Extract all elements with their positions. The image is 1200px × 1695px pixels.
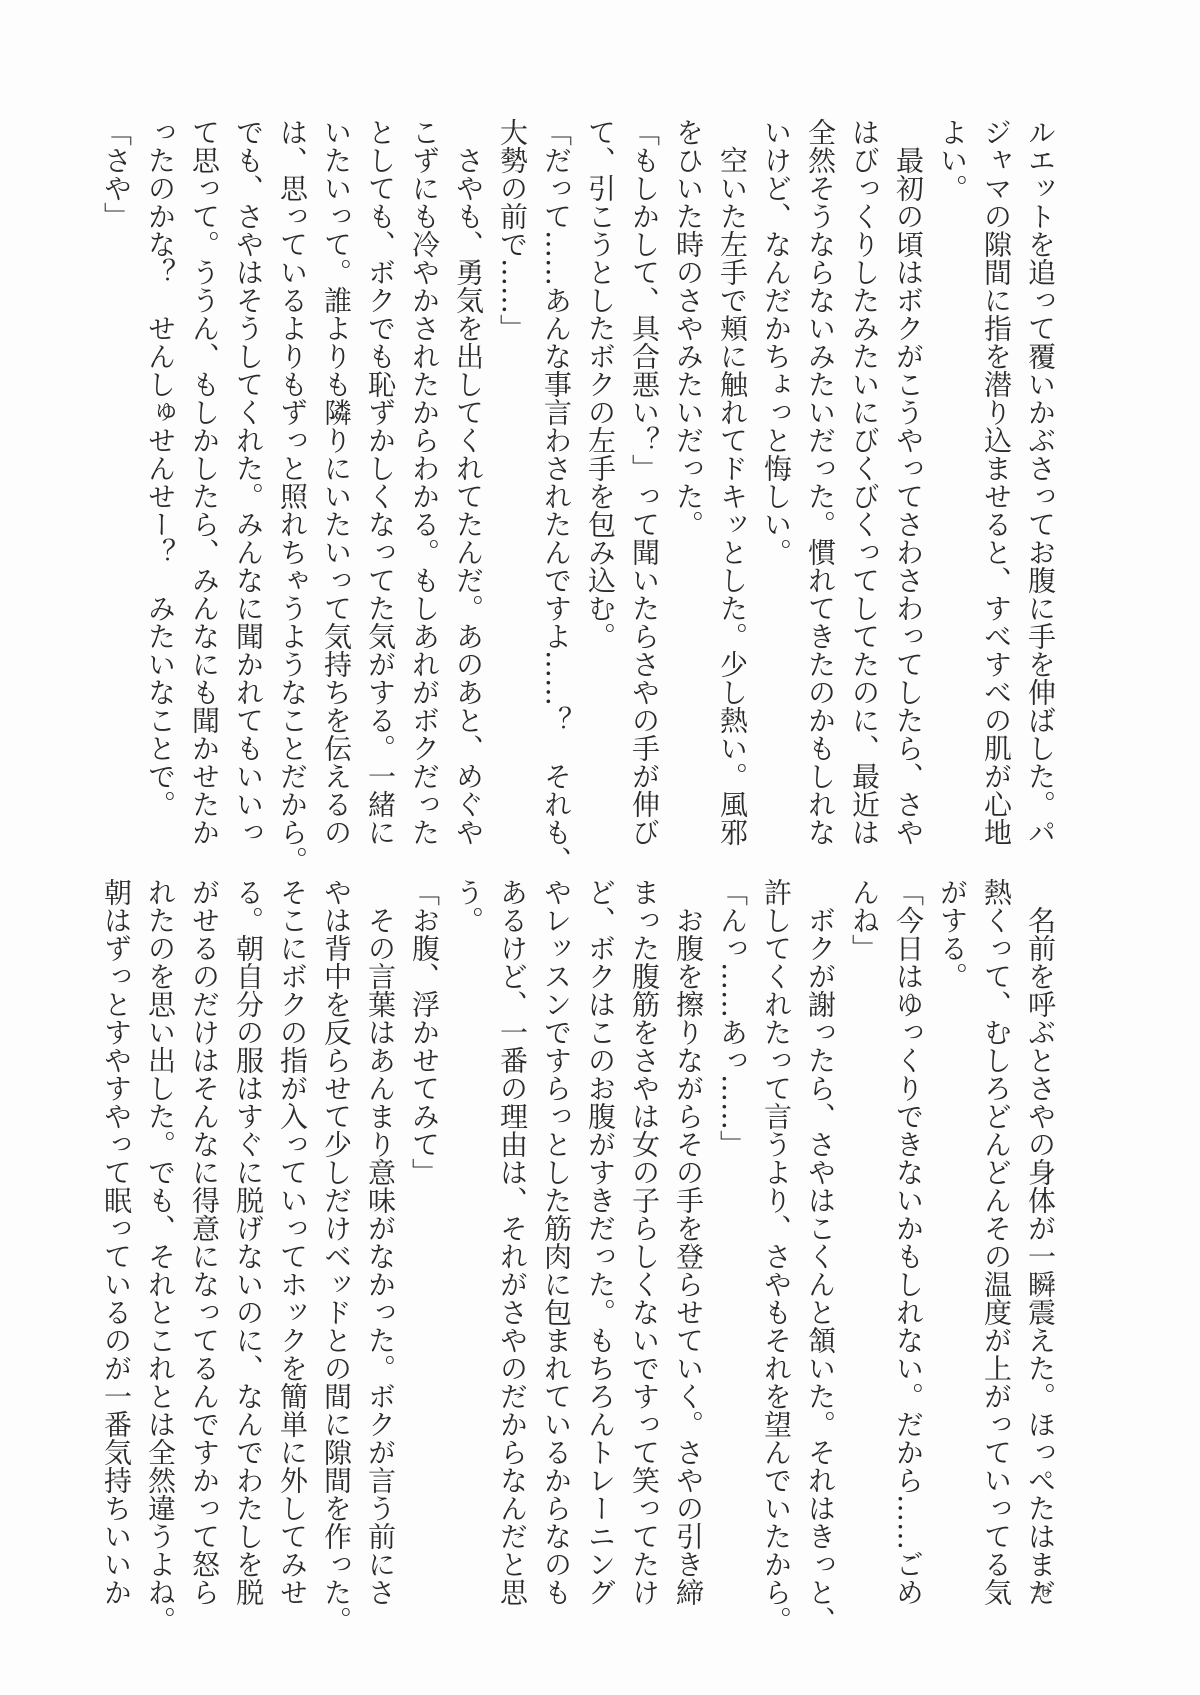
text-column: ったのかな？ せんしゅせんせー？ みたいなことで。 (138, 118, 182, 794)
text-column: はびっくりしたみたいにびくびくってしてたのに、最近は (842, 118, 886, 794)
text-column: をひいた時のさやみたいだった。 (666, 118, 710, 794)
text-column: 全然そうならないみたいだった。慣れてきたのかもしれな (798, 118, 842, 794)
text-column: 「さや」 (94, 118, 138, 794)
text-column: こずにも冷やかされたからわかる。もしあれがボクだった (402, 118, 446, 794)
text-column: がする。 (930, 878, 974, 1554)
text-column: る。朝自分の服はすぐに脱げないのに、なんでわたしを脱 (226, 878, 270, 1554)
text-column: よい。 (930, 118, 974, 794)
text-column: は、思っているよりもずっと照れちゃうようなことだから。 (270, 118, 314, 794)
text-column: あるけど、一番の理由は、それがさやのだからなんだと思 (490, 878, 534, 1554)
text-column: う。 (446, 878, 490, 1554)
text-column: ルエットを追って覆いかぶさってお腹に手を伸ばした。パ (1018, 118, 1062, 794)
text-column: ジャマの隙間に指を潜り込ませると、すべすべの肌が心地 (974, 118, 1018, 794)
document-page: ルエットを追って覆いかぶさってお腹に手を伸ばした。パ ジャマの隙間に指を潜り込ま… (0, 0, 1200, 1695)
text-column: がせるのだけはそんなに得意になってるんですかって怒ら (182, 878, 226, 1554)
text-column: 空いた左手で頬に触れてドキッとした。少し熱い。風邪 (710, 118, 754, 794)
text-block-top: ルエットを追って覆いかぶさってお腹に手を伸ばした。パ ジャマの隙間に指を潜り込ま… (162, 118, 1062, 794)
text-column: その言葉はあんまり意味がなかった。ボクが言う前にさ (358, 878, 402, 1554)
text-column: いたいって。誰よりも隣りにいたいって気持ちを伝えるの (314, 118, 358, 794)
text-column: やレッスンですらっとした筋肉に包まれているからなのも (534, 878, 578, 1554)
text-column: 熱くって、むしろどんどんその温度が上がっていってる気 (974, 878, 1018, 1554)
text-column: 朝はずっとすやすやって眠っているのが一番気持ちいいか (94, 878, 138, 1554)
text-column: でも、さやはそうしてくれた。みんなに聞かれてもいいっ (226, 118, 270, 794)
text-column: て思って。ううん、もしかしたら、みんなにも聞かせたか (182, 118, 226, 794)
text-column: 名前を呼ぶとさやの身体が一瞬震えた。ほっぺたはまだ (1018, 878, 1062, 1554)
text-column: やは背中を反らせて少しだけベッドとの間に隙間を作った。 (314, 878, 358, 1554)
text-column: お腹を擦りながらその手を登らせていく。さやの引き締 (666, 878, 710, 1554)
text-column: ボクが謝ったら、さやはこくんと頷いた。それはきっと、 (798, 878, 842, 1554)
page-number: 20 (1033, 1582, 1050, 1602)
text-column: 大勢の前で……」 (490, 118, 534, 794)
text-column: れたのを思い出した。でも、それとこれとは全然違うよね。 (138, 878, 182, 1554)
text-column: 「だって……あんな事言わされたんですよ……？ それも、 (534, 118, 578, 794)
text-column: 「もしかして、具合悪い？」って聞いたらさやの手が伸び (622, 118, 666, 794)
text-column: ど、ボクはこのお腹がすきだった。もちろんトレーニング (578, 878, 622, 1554)
text-block-bottom: 名前を呼ぶとさやの身体が一瞬震えた。ほっぺたはまだ 熱くって、むしろどんどんその… (162, 878, 1062, 1554)
text-column: 「お腹、浮かせてみて」 (402, 878, 446, 1554)
text-column: 許してくれたって言うより、さやもそれを望んでいたから。 (754, 878, 798, 1554)
text-column: いけど、なんだかちょっと悔しい。 (754, 118, 798, 794)
text-column: としても、ボクでも恥ずかしくなってた気がする。一緒に (358, 118, 402, 794)
text-column: さやも、勇気を出してくれてたんだ。あのあと、めぐや (446, 118, 490, 794)
text-column: て、引こうとしたボクの左手を包み込む。 (578, 118, 622, 794)
text-column: 最初の頃はボクがこうやってさわさわってしたら、さや (886, 118, 930, 794)
text-column: 「今日はゆっくりできないかもしれない。だから……ごめ (886, 878, 930, 1554)
text-column: まった腹筋をさやは女の子らしくないですって笑ってたけ (622, 878, 666, 1554)
text-column: んね」 (842, 878, 886, 1554)
text-column: 「んっ……あっ……」 (710, 878, 754, 1554)
text-column: そこにボクの指が入っていってホックを簡単に外してみせ (270, 878, 314, 1554)
